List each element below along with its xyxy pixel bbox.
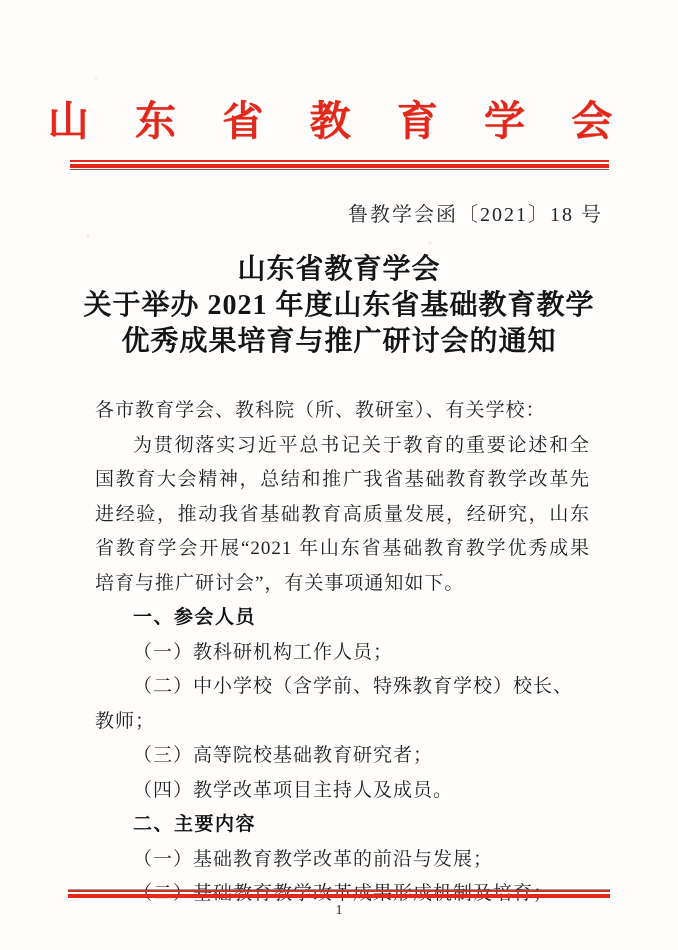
section-heading-2: 二、主要内容 — [95, 808, 590, 843]
letterhead-org-name: 山 东 省 教 育 学 会 — [0, 96, 678, 146]
section-1-item-1: （一）教科研机构工作人员； — [95, 636, 590, 671]
header-rule-dark-line — [70, 169, 609, 170]
section-1-item-2: （二）中小学校（含学前、特殊教育学校）校长、教师； — [95, 670, 590, 739]
notice-title-line-2: 关于举办 2021 年度山东省基础教育教学 — [40, 288, 638, 324]
section-2-item-1: （一）基础教育教学改革的前沿与发展； — [95, 843, 590, 878]
notice-title: 山东省教育学会 关于举办 2021 年度山东省基础教育教学 优秀成果培育与推广研… — [40, 252, 638, 360]
page-number: 1 — [0, 903, 678, 919]
notice-title-line-3: 优秀成果培育与推广研讨会的通知 — [40, 324, 638, 360]
intro-paragraph: 为贯彻落实习近平总书记关于教育的重要论述和全国教育大会精神，总结和推广我省基础教… — [95, 429, 590, 602]
document-body: 各市教育学会、教科院（所、教研室）、有关学校： 为贯彻落实习近平总书记关于教育的… — [95, 394, 590, 912]
footer-rule-thick-line — [68, 894, 610, 898]
header-rule — [70, 160, 609, 170]
doc-reference-number: 鲁教学会函〔2021〕18 号 — [348, 198, 603, 227]
section-1-item-4: （四）教学改革项目主持人及成员。 — [95, 774, 590, 809]
salutation-line: 各市教育学会、教科院（所、教研室）、有关学校： — [95, 394, 590, 429]
section-heading-1: 一、参会人员 — [95, 601, 590, 636]
section-1-item-3: （三）高等院校基础教育研究者； — [95, 739, 590, 774]
notice-title-line-1: 山东省教育学会 — [40, 252, 638, 288]
document-page: 山 东 省 教 育 学 会 鲁教学会函〔2021〕18 号 山东省教育学会 关于… — [0, 0, 678, 950]
footer-rule — [68, 890, 610, 898]
